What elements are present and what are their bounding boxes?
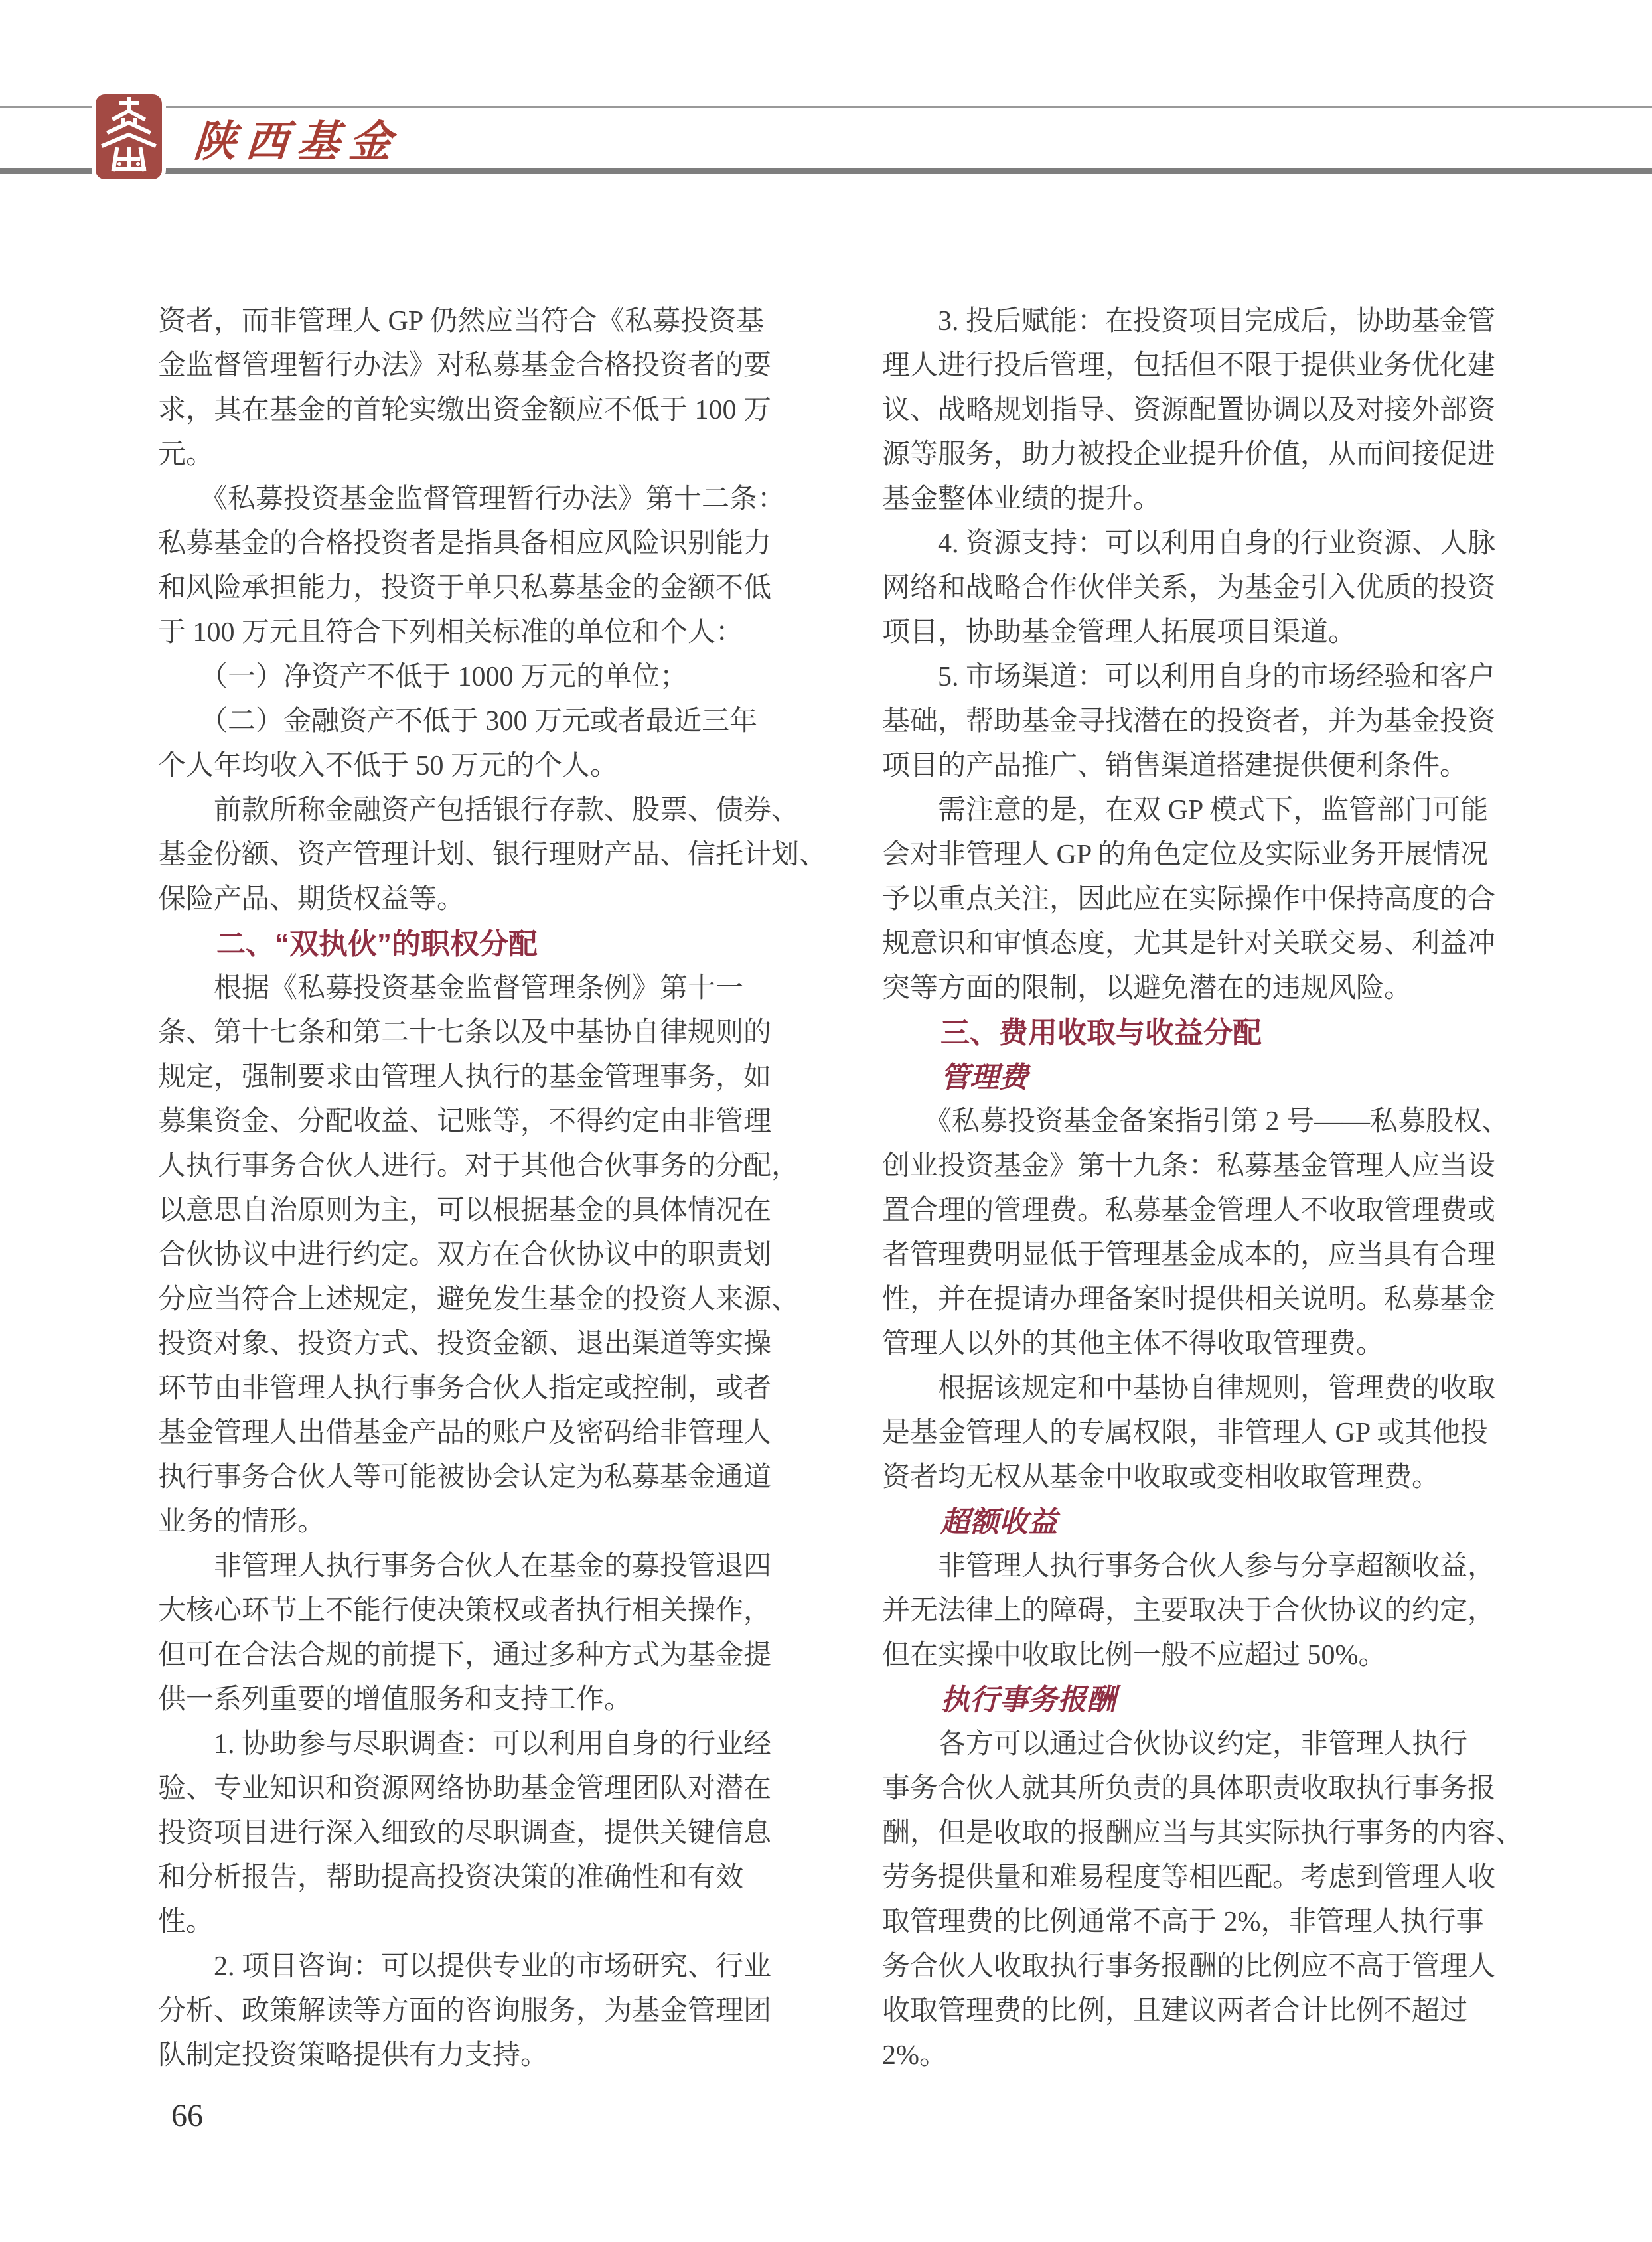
text-line: 以意思自治原则为主，可以根据基金的具体情况在 [158,1189,773,1233]
text-line: 是基金管理人的专属权限，非管理人 GP 或其他投 [882,1411,1497,1456]
text-line: 求，其在基金的首轮实缴出资金额应不低于 100 万 [158,388,773,433]
paragraph: （一）净资产不低于 1000 万元的单位； [158,655,773,700]
paragraph: 3. 投后赋能：在投资项目完成后，协助基金管理人进行投后管理，包括但不限于提供业… [882,299,1497,522]
text-line: 4. 资源支持：可以利用自身的行业资源、人脉 [882,522,1497,566]
text-line: 投资项目进行深入细致的尽职调查，提供关键信息 [158,1811,773,1856]
text-line: 务合伙人收取执行事务报酬的比例应不高于管理人 [882,1945,1497,1989]
text-line: 2. 项目咨询：可以提供专业的市场研究、行业 [158,1945,773,1989]
text-line: 创业投资基金》第十九条：私募基金管理人应当设 [882,1144,1497,1189]
text-line: 金监督管理暂行办法》对私募基金合格投资者的要 [158,344,773,388]
paragraph: 前款所称金融资产包括银行存款、股票、债券、基金份额、资产管理计划、银行理财产品、… [158,788,773,922]
text-line: 根据《私募投资基金监督管理条例》第十一 [158,966,773,1011]
text-line: 根据该规定和中基协自律规则，管理费的收取 [882,1367,1497,1411]
text-line: 《私募投资基金备案指引第 2 号——私募股权、 [882,1100,1497,1144]
paragraph: 5. 市场渠道：可以利用自身的市场经验和客户基础，帮助基金寻找潜在的投资者，并为… [882,655,1497,788]
paragraph: 根据该规定和中基协自律规则，管理费的收取是基金管理人的专属权限，非管理人 GP … [882,1367,1497,1500]
text-line: 取管理费的比例通常不高于 2%，非管理人执行事 [882,1900,1497,1945]
text-line: 突等方面的限制，以避免潜在的违规风险。 [882,966,1497,1011]
right-column: 3. 投后赋能：在投资项目完成后，协助基金管理人进行投后管理，包括但不限于提供业… [882,299,1497,2078]
text-line: 执行事务合伙人等可能被协会认定为私募基金通道 [158,1456,773,1500]
paragraph: 根据《私募投资基金监督管理条例》第十一条、第十七条和第二十七条以及中基协自律规则… [158,966,773,1544]
paragraph: 《私募投资基金备案指引第 2 号——私募股权、创业投资基金》第十九条：私募基金管… [882,1100,1497,1367]
text-line: 条、第十七条和第二十七条以及中基协自律规则的 [158,1011,773,1055]
text-line: 议、战略规划指导、资源配置协调以及对接外部资 [882,388,1497,433]
text-line: （二）金融资产不低于 300 万元或者最近三年 [158,700,773,744]
text-line: 性，并在提请办理备案时提供相关说明。私募基金 [882,1278,1497,1322]
paragraph: 2. 项目咨询：可以提供专业的市场研究、行业分析、政策解读等方面的咨询服务，为基… [158,1945,773,2078]
text-line: 项目，协助基金管理人拓展项目渠道。 [882,611,1497,655]
text-line: 大核心环节上不能行使决策权或者执行相关操作， [158,1589,773,1633]
text-line: 但在实操中收取比例一般不应超过 50%。 [882,1633,1497,1678]
text-line: 募集资金、分配收益、记账等，不得约定由非管理 [158,1100,773,1144]
text-line: 性。 [158,1900,773,1945]
text-line: 予以重点关注，因此应在实际操作中保持高度的合 [882,877,1497,922]
text-line: 非管理人执行事务合伙人在基金的募投管退四 [158,1544,773,1589]
text-line: 执行事务报酬 [882,1678,1497,1722]
text-line: 基金整体业绩的提升。 [882,477,1497,522]
pagoda-logo [92,90,166,183]
pagoda-logo-icon [96,94,162,179]
text-line: 投资对象、投资方式、投资金额、退出渠道等实操 [158,1322,773,1367]
paragraph: 非管理人执行事务合伙人参与分享超额收益，并无法律上的障碍，主要取决于合伙协议的约… [882,1544,1497,1678]
section-subheading: 管理费 [882,1055,1497,1100]
text-line: 但可在合法合规的前提下，通过多种方式为基金提 [158,1633,773,1678]
text-line: 2%。 [882,2034,1497,2078]
magazine-page: 陕西基金 资者，而非管理人 GP 仍然应当符合《私募投资基金监督管理暂行办法》对… [0,0,1652,2242]
text-line: 验、专业知识和资源网络协助基金管理团队对潜在 [158,1767,773,1811]
left-column: 资者，而非管理人 GP 仍然应当符合《私募投资基金监督管理暂行办法》对私募基金合… [158,299,773,2078]
text-line: 并无法律上的障碍，主要取决于合伙协议的约定， [882,1589,1497,1633]
text-line: 个人年均收入不低于 50 万元的个人。 [158,744,773,788]
text-line: 资者均无权从基金中收取或变相收取管理费。 [882,1456,1497,1500]
paragraph: 各方可以通过合伙协议约定，非管理人执行事务合伙人就其所负责的具体职责收取执行事务… [882,1722,1497,2078]
text-line: 酬，但是收取的报酬应当与其实际执行事务的内容、 [882,1811,1497,1856]
text-line: 《私募投资基金监督管理暂行办法》第十二条： [158,477,773,522]
text-line: 分析、政策解读等方面的咨询服务，为基金管理团 [158,1989,773,2034]
text-line: 项目的产品推广、销售渠道搭建提供便利条件。 [882,744,1497,788]
text-line: 管理人以外的其他主体不得收取管理费。 [882,1322,1497,1367]
paragraph: 需注意的是，在双 GP 模式下，监管部门可能会对非管理人 GP 的角色定位及实际… [882,788,1497,1011]
text-line: 置合理的管理费。私募基金管理人不收取管理费或 [882,1189,1497,1233]
text-line: 事务合伙人就其所负责的具体职责收取执行事务报 [882,1767,1497,1811]
text-line: 和风险承担能力，投资于单只私募基金的金额不低 [158,566,773,611]
text-line: 超额收益 [882,1500,1497,1544]
text-line: 供一系列重要的增值服务和支持工作。 [158,1678,773,1722]
text-line: 和分析报告，帮助提高投资决策的准确性和有效 [158,1856,773,1900]
text-line: 保险产品、期货权益等。 [158,877,773,922]
section-subheading: 超额收益 [882,1500,1497,1544]
text-line: 各方可以通过合伙协议约定，非管理人执行 [882,1722,1497,1767]
page-number: 66 [171,2097,203,2134]
section-heading: 二、“双执伙”的职权分配 [158,922,773,966]
text-line: 前款所称金融资产包括银行存款、股票、债券、 [158,788,773,833]
text-line: 管理费 [882,1055,1497,1100]
paragraph: 非管理人执行事务合伙人在基金的募投管退四大核心环节上不能行使决策权或者执行相关操… [158,1544,773,1722]
text-line: 元。 [158,433,773,477]
text-line: 网络和战略合作伙伴关系，为基金引入优质的投资 [882,566,1497,611]
text-line: 人执行事务合伙人进行。对于其他合伙事务的分配， [158,1144,773,1189]
text-line: 需注意的是，在双 GP 模式下，监管部门可能 [882,788,1497,833]
text-line: 者管理费明显低于管理基金成本的，应当具有合理 [882,1233,1497,1278]
text-line: 劳务提供量和难易程度等相匹配。考虑到管理人收 [882,1856,1497,1900]
paragraph: 1. 协助参与尽职调查：可以利用自身的行业经验、专业知识和资源网络协助基金管理团… [158,1722,773,1945]
paragraph: 4. 资源支持：可以利用自身的行业资源、人脉网络和战略合作伙伴关系，为基金引入优… [882,522,1497,655]
text-line: 理人进行投后管理，包括但不限于提供业务优化建 [882,344,1497,388]
text-line: 3. 投后赋能：在投资项目完成后，协助基金管 [882,299,1497,344]
text-line: 基础，帮助基金寻找潜在的投资者，并为基金投资 [882,700,1497,744]
section-heading: 三、费用收取与收益分配 [882,1011,1497,1055]
text-line: 源等服务，助力被投企业提升价值，从而间接促进 [882,433,1497,477]
text-line: 5. 市场渠道：可以利用自身的市场经验和客户 [882,655,1497,700]
paragraph: 资者，而非管理人 GP 仍然应当符合《私募投资基金监督管理暂行办法》对私募基金合… [158,299,773,477]
text-line: 队制定投资策略提供有力支持。 [158,2034,773,2078]
text-line: 三、费用收取与收益分配 [882,1011,1497,1055]
text-line: （一）净资产不低于 1000 万元的单位； [158,655,773,700]
text-line: 收取管理费的比例，且建议两者合计比例不超过 [882,1989,1497,2034]
section-subheading: 执行事务报酬 [882,1678,1497,1722]
header-thin-rule [0,106,1652,108]
text-line: 私募基金的合格投资者是指具备相应风险识别能力 [158,522,773,566]
text-line: 规意识和审慎态度，尤其是针对关联交易、利益冲 [882,922,1497,966]
paragraph: 《私募投资基金监督管理暂行办法》第十二条：私募基金的合格投资者是指具备相应风险识… [158,477,773,655]
text-line: 于 100 万元且符合下列相关标准的单位和个人： [158,611,773,655]
text-line: 合伙协议中进行约定。双方在合伙协议中的职责划 [158,1233,773,1278]
text-line: 规定，强制要求由管理人执行的基金管理事务，如 [158,1055,773,1100]
text-line: 非管理人执行事务合伙人参与分享超额收益， [882,1544,1497,1589]
paragraph: （二）金融资产不低于 300 万元或者最近三年个人年均收入不低于 50 万元的个… [158,700,773,788]
text-line: 二、“双执伙”的职权分配 [158,922,773,966]
text-line: 资者，而非管理人 GP 仍然应当符合《私募投资基 [158,299,773,344]
text-line: 环节由非管理人执行事务合伙人指定或控制，或者 [158,1367,773,1411]
text-line: 1. 协助参与尽职调查：可以利用自身的行业经 [158,1722,773,1767]
brand-calligraphy: 陕西基金 [192,114,403,170]
text-line: 分应当符合上述规定，避免发生基金的投资人来源、 [158,1278,773,1322]
text-line: 会对非管理人 GP 的角色定位及实际业务开展情况 [882,833,1497,877]
text-line: 基金管理人出借基金产品的账户及密码给非管理人 [158,1411,773,1456]
text-line: 基金份额、资产管理计划、银行理财产品、信托计划、 [158,833,773,877]
text-line: 业务的情形。 [158,1500,773,1544]
